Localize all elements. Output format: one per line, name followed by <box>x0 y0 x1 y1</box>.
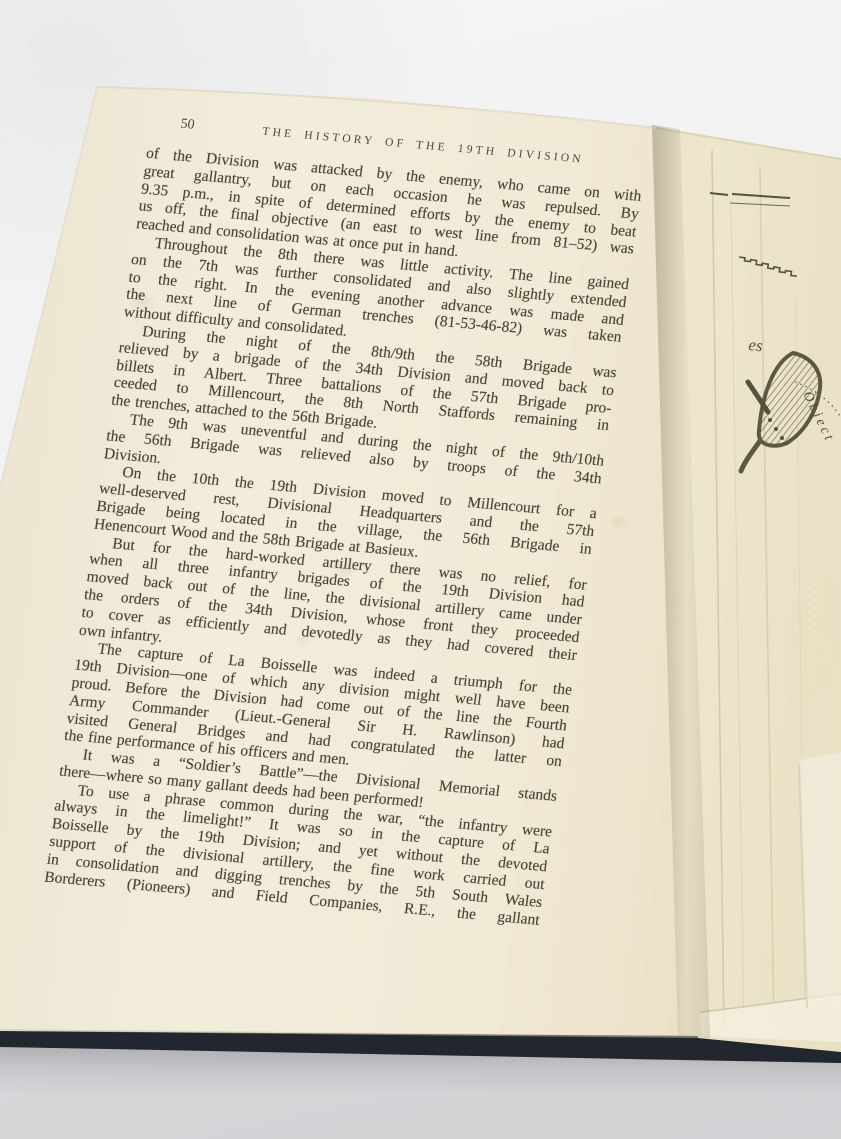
page-number: 50 <box>179 117 195 134</box>
photo-of-open-book: es Object 50 THE HISTORY OF THE 19TH DIV… <box>0 0 841 1139</box>
body-text: of the Division was attacked by the enem… <box>43 145 642 930</box>
